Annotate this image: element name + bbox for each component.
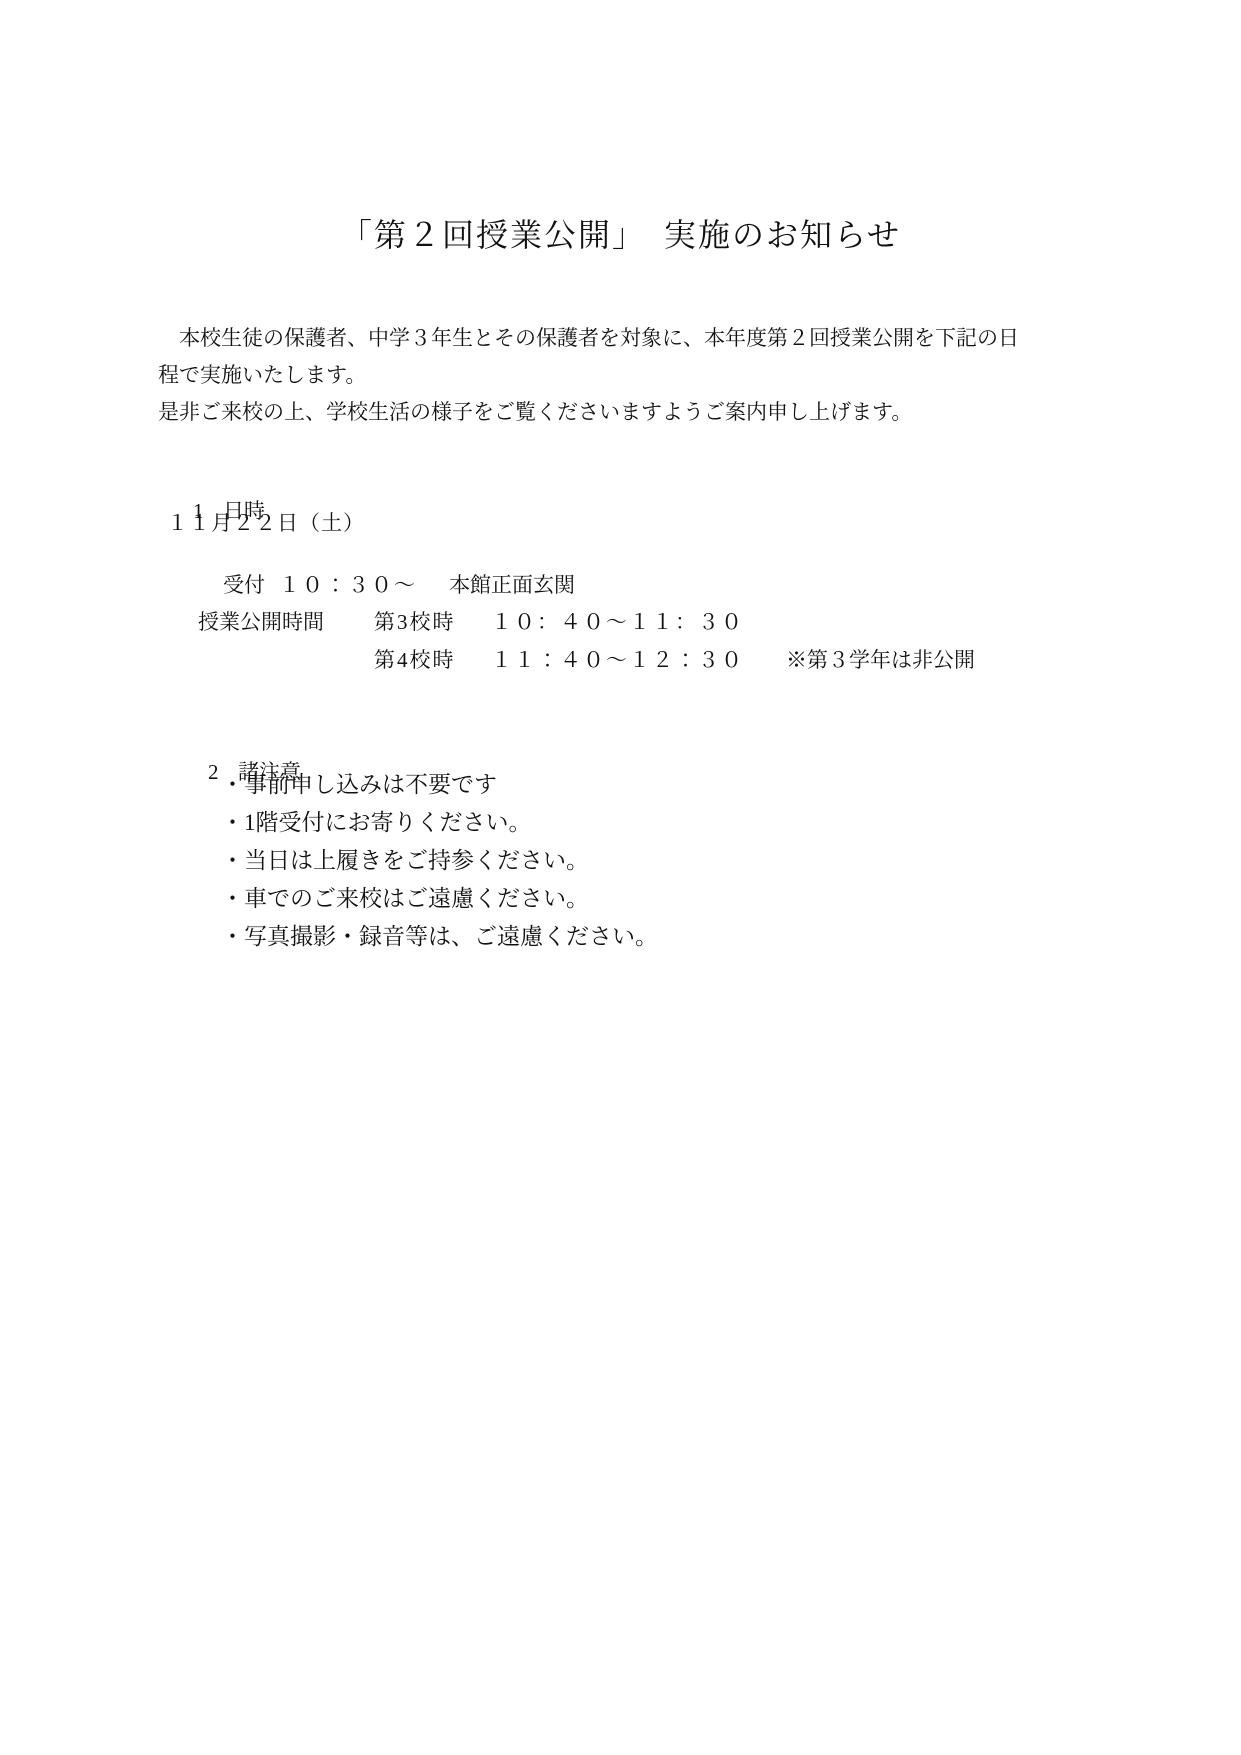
intro-line-1: 本校生徒の保護者、中学３年生とその保護者を対象に、本年度第２回授業公開を下記の日 [158,320,1098,357]
period-4-note: ※第３学年は非公開 [786,648,975,672]
notice-document-page: 「第２回授業公開」 実施のお知らせ 本校生徒の保護者、中学３年生とその保護者を対… [0,0,1241,1755]
document-title: 「第２回授業公開」 実施のお知らせ [0,210,1241,256]
schedule-row-period-4: 第4校時１１：４０～１２：３０※第３学年は非公開 [353,619,975,699]
period-4-time: １１：４０～１２：３０ [491,648,744,672]
schedule-label: 授業公開時間 [198,606,374,636]
event-date: １１月２２日（土） [167,507,365,537]
intro-paragraph: 本校生徒の保護者、中学３年生とその保護者を対象に、本年度第２回授業公開を下記の日… [158,320,1098,431]
intro-line-2: 程で実施いたします。 [158,357,1098,394]
period-4-name: 第4校時 [374,644,491,674]
note-item-1: ・事前申し込みは不要です [221,766,658,804]
note-item-5: ・写真撮影・録音等は、ご遠慮ください。 [221,918,658,956]
note-item-4: ・車でのご来校はご遠慮ください。 [221,880,658,918]
notes-list: ・事前申し込みは不要です ・1階受付にお寄りください。 ・当日は上履きをご持参く… [221,766,658,956]
note-item-2: ・1階受付にお寄りください。 [221,804,658,842]
note-item-3: ・当日は上履きをご持参ください。 [221,842,658,880]
intro-line-3: 是非ご来校の上、学校生活の様子をご覧くださいますようご案内申し上げます。 [158,394,1098,431]
